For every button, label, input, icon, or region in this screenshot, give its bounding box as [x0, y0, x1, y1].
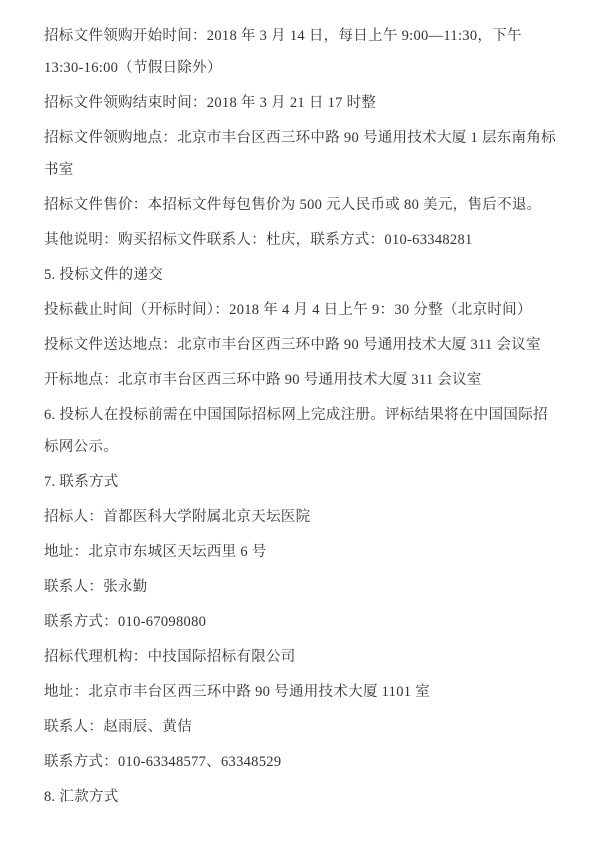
paragraph-agency-contact-person: 联系人：赵雨辰、黄佶 — [44, 711, 556, 743]
section-heading-8: 8. 汇款方式 — [44, 781, 556, 813]
document-line: 招标文件领购开始时间：2018 年 3 月 14 日，每日上午 9:00—11:… — [44, 20, 556, 52]
paragraph-bid-doc-purchase-end-time: 招标文件领购结束时间：2018 年 3 月 21 日 17 时整 — [44, 87, 556, 119]
paragraph-tenderer-address: 地址：北京市东城区天坛西里 6 号 — [44, 536, 556, 568]
paragraph-bid-doc-purchase-start-time: 招标文件领购开始时间：2018 年 3 月 14 日，每日上午 9:00—11:… — [44, 20, 556, 84]
document-line: 联系方式：010-63348577、63348529 — [44, 746, 556, 778]
document-line: 标网公示。 — [44, 431, 556, 463]
document-line: 招标人：首都医科大学附属北京天坛医院 — [44, 501, 556, 533]
section-heading-5: 5. 投标文件的递交 — [44, 259, 556, 291]
document-line: 地址：北京市东城区天坛西里 6 号 — [44, 536, 556, 568]
document-line: 8. 汇款方式 — [44, 781, 556, 813]
paragraph-bid-doc-price: 招标文件售价：本招标文件每包售价为 500 元人民币或 80 美元，售后不退。 — [44, 189, 556, 221]
document-line: 联系方式：010-67098080 — [44, 606, 556, 638]
paragraph-registration-note: 6. 投标人在投标前需在中国国际招标网上完成注册。评标结果将在中国国际招 标网公… — [44, 399, 556, 463]
document-line: 其他说明：购买招标文件联系人：杜庆，联系方式：010-63348281 — [44, 224, 556, 256]
paragraph-bid-doc-purchase-place: 招标文件领购地点：北京市丰台区西三环中路 90 号通用技术大厦 1 层东南角标 … — [44, 122, 556, 186]
section-heading-7: 7. 联系方式 — [44, 466, 556, 498]
paragraph-agency: 招标代理机构：中技国际招标有限公司 — [44, 641, 556, 673]
document-line: 6. 投标人在投标前需在中国国际招标网上完成注册。评标结果将在中国国际招 — [44, 399, 556, 431]
document-line: 地址：北京市丰台区西三环中路 90 号通用技术大厦 1101 室 — [44, 676, 556, 708]
paragraph-agency-address: 地址：北京市丰台区西三环中路 90 号通用技术大厦 1101 室 — [44, 676, 556, 708]
paragraph-bid-deadline: 投标截止时间（开标时间）：2018 年 4 月 4 日上午 9：30 分整（北京… — [44, 294, 556, 326]
paragraph-bid-delivery-place: 投标文件送达地点：北京市丰台区西三环中路 90 号通用技术大厦 311 会议室 — [44, 329, 556, 361]
document-line: 招标文件领购结束时间：2018 年 3 月 21 日 17 时整 — [44, 87, 556, 119]
document-line: 13:30-16:00（节假日除外） — [44, 52, 556, 84]
document-line: 书室 — [44, 154, 556, 186]
document-line: 招标文件售价：本招标文件每包售价为 500 元人民币或 80 美元，售后不退。 — [44, 189, 556, 221]
document-line: 7. 联系方式 — [44, 466, 556, 498]
paragraph-bid-opening-place: 开标地点：北京市丰台区西三环中路 90 号通用技术大厦 311 会议室 — [44, 364, 556, 396]
paragraph-other-notes: 其他说明：购买招标文件联系人：杜庆，联系方式：010-63348281 — [44, 224, 556, 256]
document-page: 招标文件领购开始时间：2018 年 3 月 14 日，每日上午 9:00—11:… — [0, 0, 596, 853]
document-line: 投标截止时间（开标时间）：2018 年 4 月 4 日上午 9：30 分整（北京… — [44, 294, 556, 326]
paragraph-agency-contact-phone: 联系方式：010-63348577、63348529 — [44, 746, 556, 778]
document-line: 联系人：张永勤 — [44, 571, 556, 603]
document-line: 投标文件送达地点：北京市丰台区西三环中路 90 号通用技术大厦 311 会议室 — [44, 329, 556, 361]
paragraph-tenderer: 招标人：首都医科大学附属北京天坛医院 — [44, 501, 556, 533]
document-line: 5. 投标文件的递交 — [44, 259, 556, 291]
paragraph-tenderer-contact-person: 联系人：张永勤 — [44, 571, 556, 603]
document-line: 联系人：赵雨辰、黄佶 — [44, 711, 556, 743]
paragraph-tenderer-contact-phone: 联系方式：010-67098080 — [44, 606, 556, 638]
document-line: 招标文件领购地点：北京市丰台区西三环中路 90 号通用技术大厦 1 层东南角标 — [44, 122, 556, 154]
document-line: 开标地点：北京市丰台区西三环中路 90 号通用技术大厦 311 会议室 — [44, 364, 556, 396]
document-line: 招标代理机构：中技国际招标有限公司 — [44, 641, 556, 673]
